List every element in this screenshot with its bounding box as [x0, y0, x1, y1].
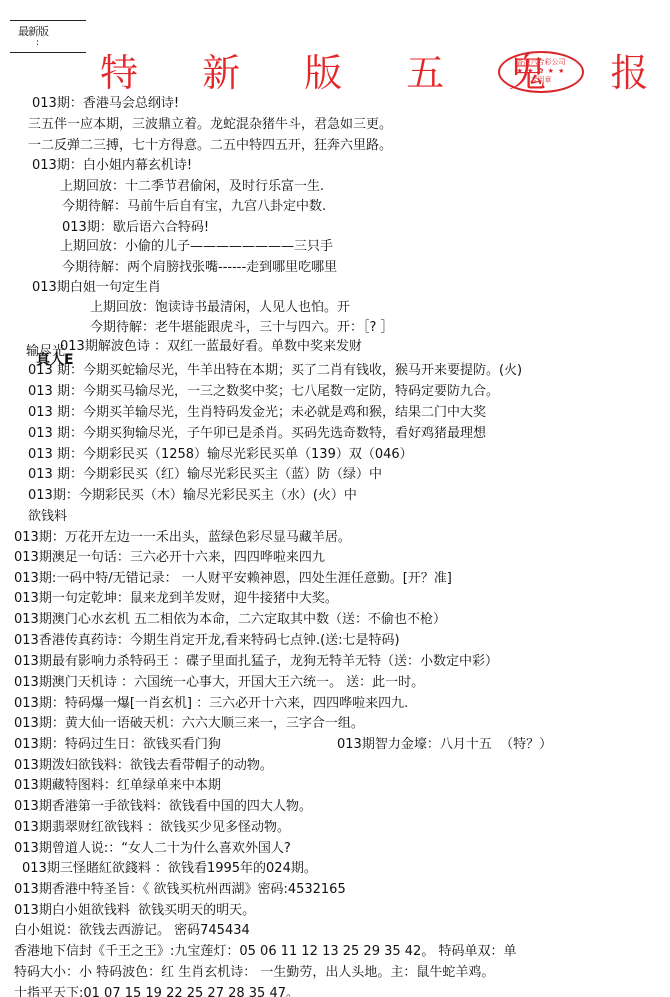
stamp-bottom-text: 专用章: [500, 75, 582, 85]
overlay-text: 真人E: [36, 352, 74, 368]
text-line: 013期:一码中特/无错记录： 一人财平安赖神恩，四处生涯任意勤。[开？准]: [14, 571, 452, 587]
text-line: 013期：万花开左边一一禾出头，蓝绿色彩尽显马藏羊居。: [14, 530, 351, 546]
text-line: 013期三怪賭紅欲錢料 ：欲钱看1995年的024期。: [22, 861, 317, 877]
text-line: 013期智力金壕：八月十五 （特？）: [337, 737, 552, 753]
text-line: 013期：今期彩民买（木）输尽光彩民买主（水）(火）中: [28, 488, 357, 504]
text-line: 013期一句定乾坤：鼠来龙到羊发财，迎牛接猪中大奖。: [14, 591, 338, 607]
seal-stamp-icon: 香港六合彩公司 ★ ★ ✿ ★ ★ 专用章: [498, 51, 584, 93]
text-line: 013期解波色诗 ：双红一蓝最好看。单数中奖来发财: [60, 339, 362, 355]
text-line: 013期香港中特圣旨：《 欲钱买杭州西湖》密码:4532165: [14, 882, 346, 898]
text-line: 十指平天下:01 07 15 19 22 25 27 28 35 47。: [14, 986, 299, 997]
latest-edition-label-box: 最新版 :: [10, 20, 86, 54]
text-line: 013 期：今期彩民买（1258）输尽光彩民买单（139）双（046）: [28, 447, 413, 463]
latest-edition-label: 最新版: [18, 23, 48, 39]
text-line: 013期澳足一句话：三六必开十六来，四四哗啦来四九: [14, 550, 325, 566]
text-line: 013 期：今期买马输尽光，一三之数奖中奖；七八尾数一定防，特码定要防九合。: [28, 384, 499, 400]
banner-title: 特 新 版 五 鬼 报: [100, 48, 670, 98]
text-line: 013期最有影响力杀特码王 ：碟子里面扎猛子，龙狗无特羊无特（送：小数定中彩）: [14, 654, 498, 670]
text-line: 一二反弹二三搏，七十方得意。二五中特四五开，狂奔六里路。: [28, 138, 392, 154]
text-line: 013期香港第一手欲钱料：欲钱看中国的四大人物。: [14, 799, 312, 815]
text-line: 今期待解：两个肩膀找张嘴------走到哪里吃哪里: [62, 260, 337, 276]
text-line: 欲钱料: [28, 509, 67, 525]
text-line: 特码大小：小 特码波色：红 生肖玄机诗： 一生勤劳，出人头地。主：鼠牛蛇羊鸡。: [14, 965, 494, 981]
text-line: 白小姐说：欲钱去西游记。 密码745434: [14, 923, 250, 939]
text-line: 013期：香港马会总纲诗!: [32, 96, 179, 112]
text-line: 013 期：今期彩民买（红）输尽光彩民买主（蓝）防（绿）中: [28, 467, 382, 483]
text-line: 013期：白小姐内幕玄机诗!: [32, 158, 192, 174]
text-line: 013期白姐一句定生肖: [32, 280, 161, 296]
text-line: 013期泼妇欲钱料：欲钱去看带帽子的动物。: [14, 758, 273, 774]
text-line: 013期：特码过生日：欲钱买看门狗: [14, 737, 221, 753]
divider: [10, 52, 86, 53]
text-line: 013 期：今期买羊输尽光，生肖特码发金光；未必就是鸡和猴，结果二门中大奖: [28, 405, 486, 421]
label-colon: :: [36, 38, 39, 48]
text-line: 013期藏特图料：红单绿单来中本期: [14, 778, 221, 794]
text-line: 上期回放：饱读诗书最清闲，人见人也怕。开: [90, 300, 350, 316]
text-line: 013期澳门心水玄机 五二相依为本命，二六定取其中数（送：不偷也不枪）: [14, 612, 446, 628]
text-line: 013期：黄大仙一语破天机：六六大顺三来一，三字合一组。: [14, 716, 364, 732]
text-line: 013期澳门天机诗 ：六国统一心事大，开国大王六统一。 送：此一时。: [14, 675, 424, 691]
stamp-stars: ★ ★ ✿ ★ ★: [500, 67, 582, 75]
stamp-top-text: 香港六合彩公司: [500, 57, 582, 67]
text-line: 今期待解：马前牛后自有宝，九宫八卦定中数.: [62, 199, 326, 215]
text-line: 香港地下信封《千王之王》:九宝莲灯：05 06 11 12 13 25 29 3…: [14, 944, 516, 960]
text-line: 013 期：今期买狗输尽光，子午卯已是杀肖。买码先选奇数特，看好鸡猪最理想: [28, 426, 486, 442]
text-line: 013期白小姐欲钱料 欲钱买明天的明天。: [14, 903, 255, 919]
divider: [10, 20, 86, 21]
text-line: 013期：歇后语六合特码!: [62, 220, 209, 236]
text-line: 今期待解：老牛堪能跟虎斗，三十与四六。开：［? ］: [90, 320, 394, 336]
text-line: 三五伴一应本期，三波鼎立着。龙蛇混杂猪牛斗，君急如三更。: [28, 117, 392, 133]
text-line: 上期回放：小偷的儿子————————三只手: [60, 239, 333, 255]
text-line: 013香港传真药诗：今期生肖定开龙,看来特码七点钟.(送:七是特码): [14, 633, 400, 649]
text-line: 013期：特码爆一爆[一肖玄机] ：三六必开十六来，四四哗啦来四九.: [14, 696, 408, 712]
text-line: 013 期：今期买蛇输尽光，牛羊出特在本期；买了二肖有钱收，猴马开来要提防。(火…: [28, 363, 522, 379]
text-line: 013期曾道人说:：“女人二十为什么喜欢外国人?: [14, 841, 291, 857]
text-line: 013期翡翠财红欲钱料 ：欲钱买少见多怪动物。: [14, 820, 290, 836]
text-line: 上期回放：十二季节君偷闲，及时行乐富一生.: [60, 179, 324, 195]
